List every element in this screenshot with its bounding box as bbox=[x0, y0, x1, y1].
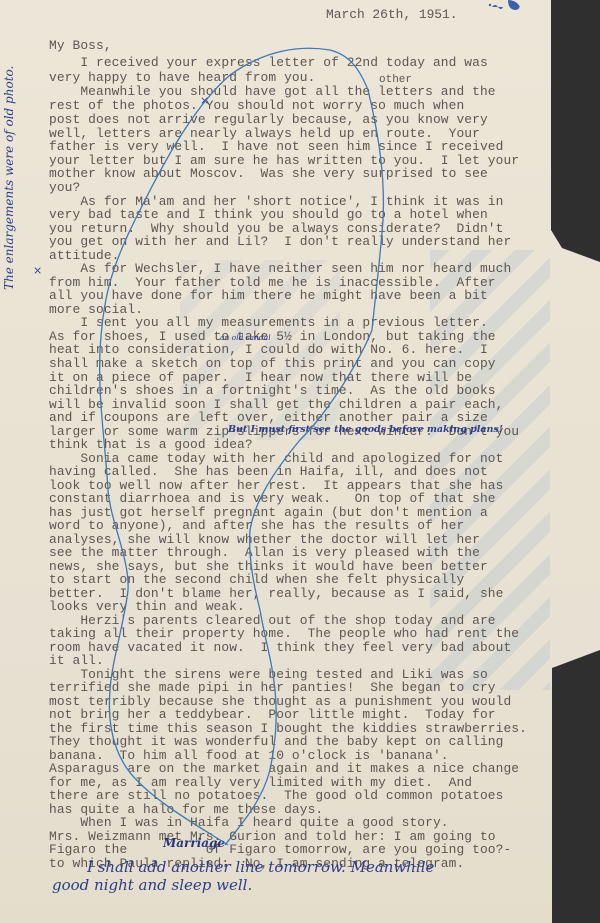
letter-line: looks very thin and weak. bbox=[49, 599, 245, 614]
letter-line: terrified she made pipi in her panties! … bbox=[49, 680, 496, 695]
letter-line: you? bbox=[49, 180, 80, 195]
inline-comment: But I must first see the goods before ma… bbox=[228, 424, 503, 435]
letter-line: very happy to have heard from you. bbox=[49, 70, 315, 85]
letter-line: shall make a sketch on top of this print… bbox=[49, 356, 496, 371]
letter-line: children's shoes in a fortnight's time. … bbox=[49, 383, 496, 398]
closing-line-2: good night and sleep well. bbox=[52, 876, 252, 894]
asterisk-mark: × bbox=[33, 264, 42, 277]
letter-line: it all. bbox=[49, 653, 104, 668]
inserted-word-other: other bbox=[379, 74, 412, 86]
letter-line: Figaro the of Figaro tomorrow, are you g… bbox=[49, 842, 511, 857]
letter-date: March 26th, 1951. bbox=[326, 7, 458, 22]
letter-line: I received your express letter of 22nd t… bbox=[49, 55, 488, 70]
letter-line: to start on the second child when she fe… bbox=[49, 572, 464, 587]
closing-line-1: I shall add another line tomorrow. Meanw… bbox=[87, 858, 434, 876]
letter-line: mother know about Moscov. Was she very s… bbox=[49, 166, 488, 181]
inserted-an-old-sandal: an old sandal bbox=[220, 333, 271, 342]
letter-line: father is very well. I have not seen him… bbox=[49, 139, 503, 154]
letter-line: rest of the photos. You should not worry… bbox=[49, 98, 464, 113]
letter-line: see the matter through. Allan is very pl… bbox=[49, 545, 480, 560]
letter-line: think that is a good idea? bbox=[49, 437, 253, 452]
letter-line: I sent you all my measurements in a prev… bbox=[49, 315, 488, 330]
letter-line: constant diarrhoea and is very weak. On … bbox=[49, 491, 496, 506]
letter-line: and if coupons are left over, either ano… bbox=[49, 410, 488, 425]
letter-line: My Boss, bbox=[49, 38, 112, 53]
letter-line: having called. She has been in Haifa, il… bbox=[49, 464, 488, 479]
letter-line: Meanwhile you should have got all the le… bbox=[49, 84, 496, 99]
letter-line: taking all their property home. The peop… bbox=[49, 626, 519, 641]
letter-line: They thought it was wonderful and the ba… bbox=[49, 734, 503, 749]
letter-line: there are still no potatoes. The good ol… bbox=[49, 788, 503, 803]
letter-line: very bad taste and I think you should go… bbox=[49, 207, 488, 222]
letter-line: room have vacated it now. I think they f… bbox=[49, 640, 511, 655]
ink-blot-icon bbox=[488, 0, 528, 16]
letter-line: word to anyone), and after she has the r… bbox=[49, 518, 464, 533]
letter-line: heat into consideration, I could do with… bbox=[49, 342, 488, 357]
letter-line: you get on with her and Lil? I don't rea… bbox=[49, 234, 511, 249]
marriage-overwrite: Marriage bbox=[163, 836, 225, 850]
letter-line: Asparagus are on the market again and it… bbox=[49, 761, 519, 776]
letter-line: all you have done for him there he might… bbox=[49, 288, 488, 303]
letter-line: When I was in Haifa I heard quite a good… bbox=[49, 815, 449, 830]
letter-line: post does not arrive regularly because, … bbox=[49, 112, 488, 127]
margin-note: The enlargements were of old photo. bbox=[2, 66, 16, 290]
letter-line: not bring her a teddybear. Poor little m… bbox=[49, 707, 496, 722]
letter-line: As for Wechsler, I have neither seen him… bbox=[49, 261, 511, 276]
asterisk-mark-2: × bbox=[200, 94, 209, 107]
